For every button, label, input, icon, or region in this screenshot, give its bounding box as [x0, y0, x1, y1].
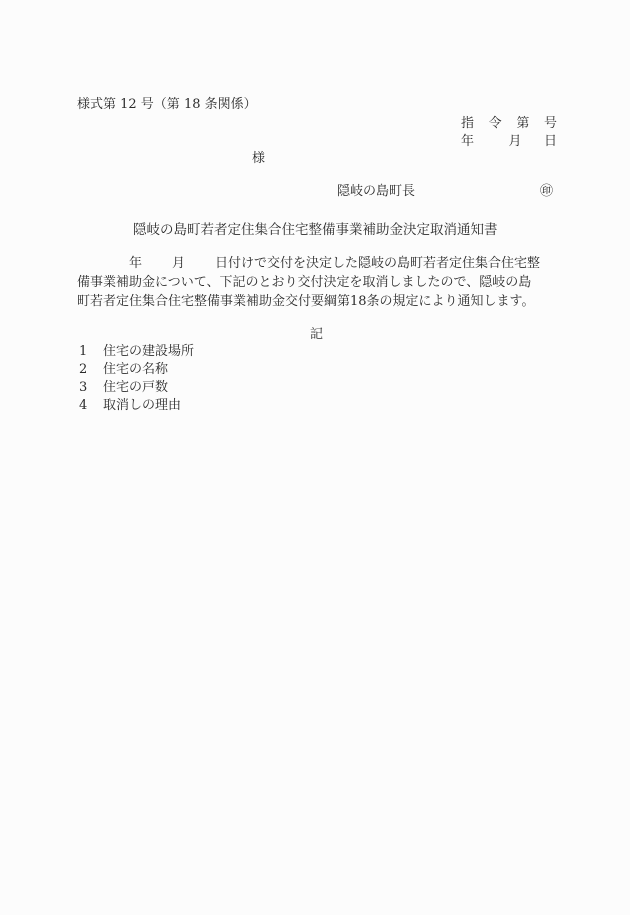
list-item: 1 住宅の建設場所: [79, 343, 194, 361]
doc-number-char: 第: [516, 115, 529, 133]
list-item: 3 住宅の戸数: [79, 379, 194, 397]
document-title: 隠岐の島町若者定住集合住宅整備事業補助金決定取消通知書: [133, 221, 498, 239]
item-number: 4: [79, 397, 103, 415]
doc-number-char: 指: [461, 115, 474, 133]
item-label: 住宅の名称: [103, 361, 168, 379]
items-list: 1 住宅の建設場所 2 住宅の名称 3 住宅の戸数 4 取消しの理由: [79, 343, 194, 415]
date-year: 年: [461, 133, 474, 151]
record-heading: 記: [310, 326, 323, 344]
body-paragraph: 年月日付けで交付を決定した隠岐の島町若者定住集合住宅整 備事業補助金について、下…: [77, 254, 557, 311]
item-label: 住宅の建設場所: [103, 343, 194, 361]
item-number: 2: [79, 361, 103, 379]
date-month: 月: [508, 133, 521, 151]
document-date: 年 月 日: [461, 133, 557, 151]
body-date-year: 年: [129, 256, 142, 271]
issuer-name: 隠岐の島町長: [337, 183, 415, 201]
body-line-2: 備事業補助金について、下記のとおり交付決定を取消しましたので、隠岐の島: [77, 273, 557, 292]
date-day: 日: [544, 133, 557, 151]
item-label: 住宅の戸数: [103, 379, 168, 397]
document-number: 指 令 第 号: [461, 115, 557, 133]
item-number: 1: [79, 343, 103, 361]
item-label: 取消しの理由: [103, 397, 181, 415]
list-item: 4 取消しの理由: [79, 397, 194, 415]
seal-icon: ㊞: [540, 183, 553, 201]
doc-number-char: 号: [544, 115, 557, 133]
body-line-1: 年月日付けで交付を決定した隠岐の島町若者定住集合住宅整: [77, 254, 557, 273]
item-number: 3: [79, 379, 103, 397]
form-number: 様式第 12 号（第 18 条関係）: [77, 96, 257, 114]
addressee-suffix: 様: [252, 150, 265, 168]
list-item: 2 住宅の名称: [79, 361, 194, 379]
doc-number-char: 令: [489, 115, 502, 133]
body-date-month: 月: [172, 256, 185, 271]
body-line-3: 町若者定住集合住宅整備事業補助金交付要綱第18条の規定により通知します。: [77, 292, 557, 311]
body-line-1-text: 日付けで交付を決定した隠岐の島町若者定住集合住宅整: [215, 256, 540, 271]
